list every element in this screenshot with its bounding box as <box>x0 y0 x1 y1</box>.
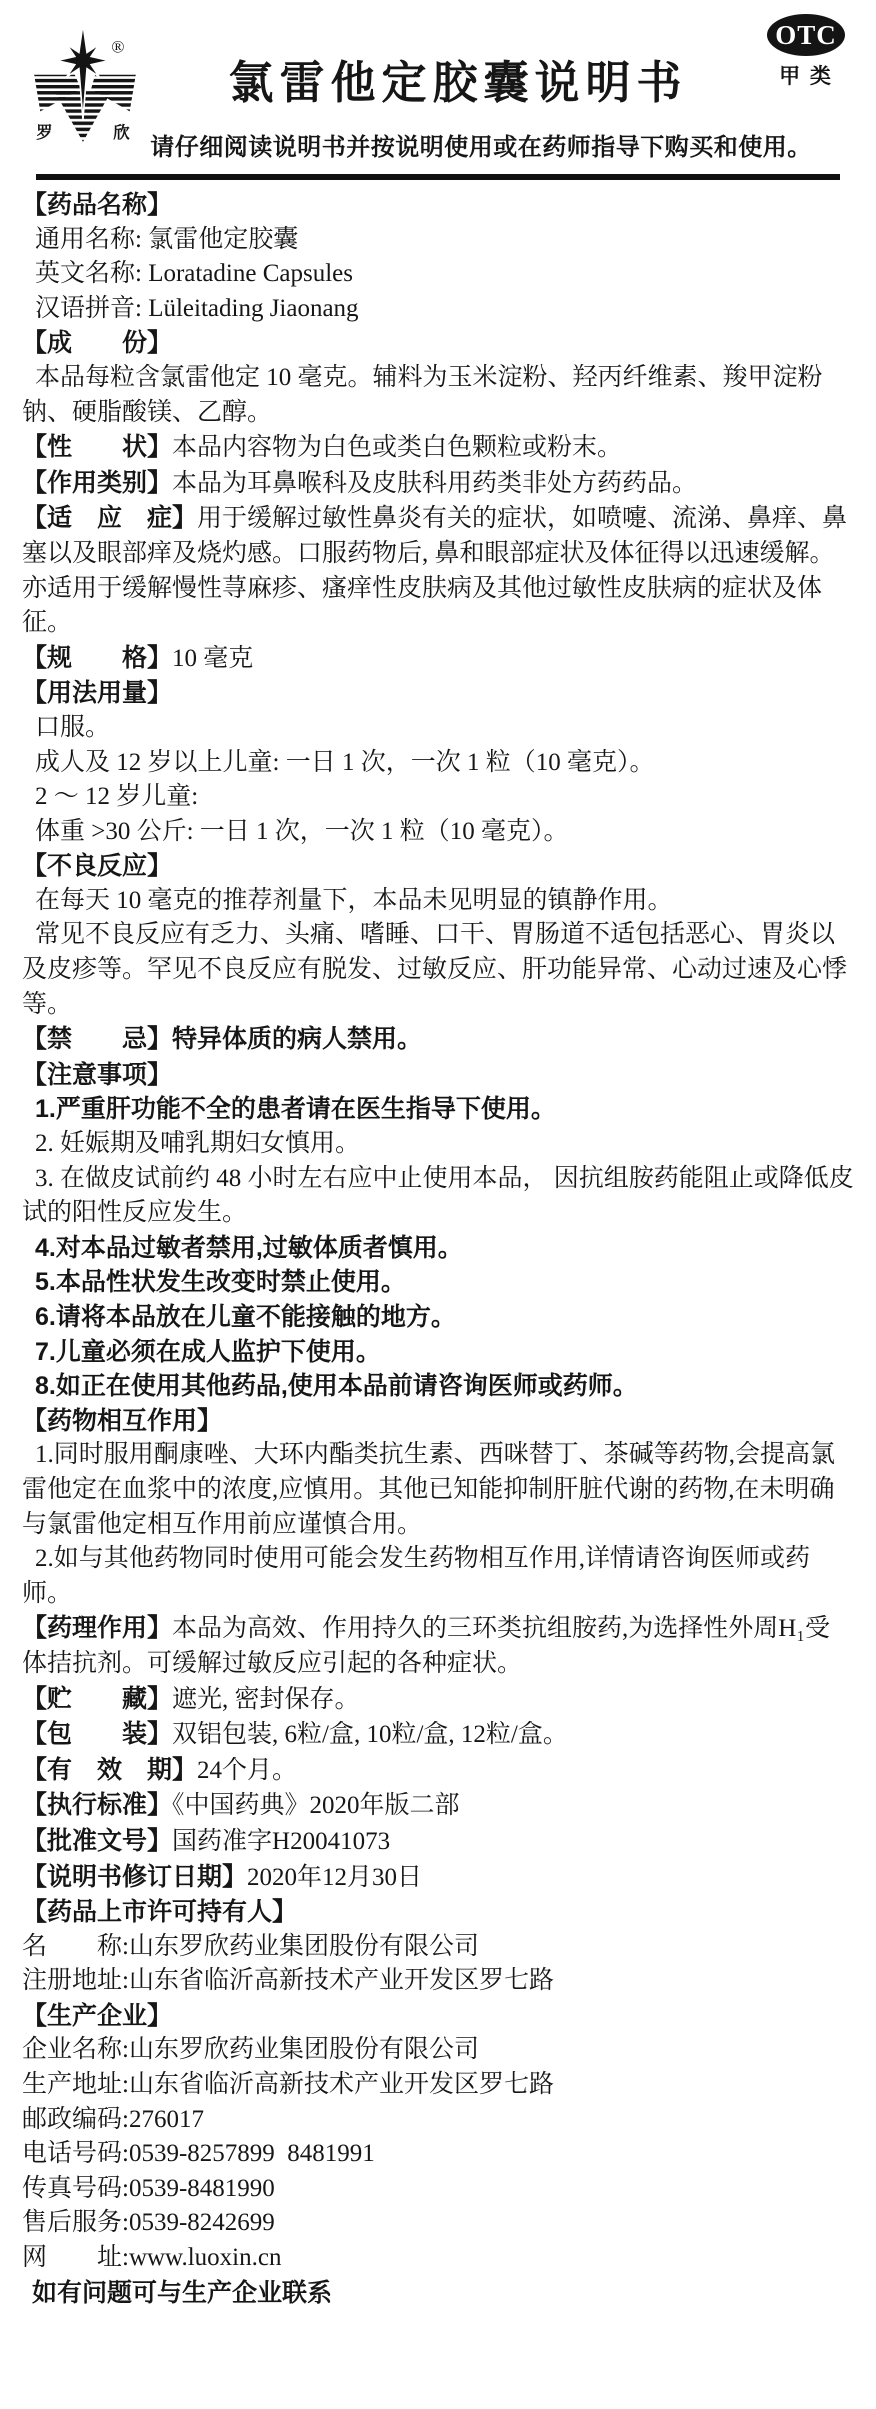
dosage-route: 口服。 <box>22 711 854 746</box>
storage-text: 遮光, 密封保存。 <box>172 1686 360 1713</box>
registered-mark: ® <box>111 37 124 56</box>
otc-badge-label: OTC <box>767 14 845 56</box>
logo-char-right: 欣 <box>113 123 130 142</box>
heading-manufacturer: 【生产企业】 <box>22 1999 854 2034</box>
label-action-class: 【作用类别】 <box>22 469 172 497</box>
adverse-p1: 在每天 10 毫克的推荐剂量下，本品未见明显的镇静作用。 <box>22 884 854 919</box>
action-class-text: 本品为耳鼻喉科及皮肤科用药类非处方药药品。 <box>172 470 697 497</box>
heading-precautions: 【注意事项】 <box>22 1058 854 1093</box>
character-line: 【性 状】本品内容物为白色或类白色颗粒或粉末。 <box>22 430 854 466</box>
otc-badge: OTC 甲 类 <box>760 14 852 90</box>
manufacturer-address: 生产地址:山东省临沂高新技术产业开发区罗七路 <box>22 2068 854 2103</box>
label-storage: 【贮 藏】 <box>22 1685 172 1713</box>
generic-name-line: 通用名称: 氯雷他定胶囊 <box>22 223 854 258</box>
validity-line: 【有 效 期】24个月。 <box>22 1753 854 1789</box>
pinyin-name-line: 汉语拼音: Lüleitading Jiaonang <box>22 292 854 327</box>
holder-name: 名 称:山东罗欣药业集团股份有限公司 <box>22 1930 854 1965</box>
contact-footer-note: 如有问题可与生产企业联系 <box>32 2276 854 2311</box>
precaution-item: 2. 妊娠期及哺乳期妇女慎用。 <box>22 1127 854 1162</box>
heading-adverse: 【不良反应】 <box>22 849 854 884</box>
precaution-item: 1.严重肝功能不全的患者请在医生指导下使用。 <box>22 1092 854 1127</box>
heading-drug-name: 【药品名称】 <box>22 188 854 223</box>
storage-line: 【贮 藏】遮光, 密封保存。 <box>22 1682 854 1718</box>
label-indications: 【适 应 症】 <box>22 504 197 532</box>
header: ® 罗 欣 OTC 甲 类 氯雷他定胶囊说明书 请仔细阅读说明书并按说明使用或在… <box>0 0 876 180</box>
luoxin-star-logo-icon: ® 罗 欣 <box>30 24 142 150</box>
adverse-p2: 常见不良反应有乏力、头痛、嗜睡、口干、胃肠道不适包括恶心、胃炎以及皮疹等。罕见不… <box>22 918 854 1022</box>
heading-interactions: 【药物相互作用】 <box>22 1404 854 1439</box>
character-text: 本品内容物为白色或类白色颗粒或粉末。 <box>172 434 622 461</box>
strength-text: 10 毫克 <box>172 645 253 672</box>
standard-line: 【执行标准】《中国药典》2020年版二部 <box>22 1788 854 1824</box>
contraindication-text: 特异体质的病人禁用。 <box>172 1025 422 1053</box>
action-class-line: 【作用类别】本品为耳鼻喉科及皮肤科用药类非处方药药品。 <box>22 466 854 502</box>
strength-line: 【规 格】10 毫克 <box>22 641 854 677</box>
heading-dosage: 【用法用量】 <box>22 676 854 711</box>
approval-text: 国药准字H20041073 <box>172 1828 390 1855</box>
composition-text: 本品每粒含氯雷他定 10 毫克。辅料为玉米淀粉、羟丙纤维素、羧甲淀粉钠、硬脂酸镁… <box>22 361 854 430</box>
logo-char-left: 罗 <box>36 123 52 142</box>
validity-text: 24个月。 <box>197 1757 297 1784</box>
manufacturer-tel: 电话号码:0539-8257899 8481991 <box>22 2137 854 2172</box>
package-insert: ® 罗 欣 OTC 甲 类 氯雷他定胶囊说明书 请仔细阅读说明书并按说明使用或在… <box>0 0 876 2409</box>
dosage-children: 2 ～ 12 岁儿童: <box>22 780 854 815</box>
interaction-item: 1.同时服用酮康唑、大环内酯类抗生素、西咪替丁、茶碱等药物,会提高氯雷他定在血浆… <box>22 1438 854 1542</box>
label-pharmacology: 【药理作用】 <box>22 1614 172 1642</box>
label-character: 【性 状】 <box>22 433 172 461</box>
label-revision: 【说明书修订日期】 <box>22 1863 247 1891</box>
heading-holder: 【药品上市许可持有人】 <box>22 1895 854 1930</box>
precaution-item: 3. 在做皮试前约 48 小时左右应中止使用本品， 因抗组胺药能阻止或降低皮试的… <box>22 1162 854 1231</box>
precaution-item: 7.儿童必须在成人监护下使用。 <box>22 1335 854 1370</box>
heading-composition: 【成 份】 <box>22 326 854 361</box>
precaution-item: 4.对本品过敏者禁用,过敏体质者慎用。 <box>22 1231 854 1266</box>
manufacturer-zip: 邮政编码:276017 <box>22 2103 854 2138</box>
luoxin-logo: ® 罗 欣 <box>30 24 142 150</box>
manufacturer-web: 网 址:www.luoxin.cn <box>22 2241 854 2276</box>
approval-line: 【批准文号】国药准字H20041073 <box>22 1824 854 1860</box>
english-name-line: 英文名称: Loratadine Capsules <box>22 257 854 292</box>
manufacturer-name: 企业名称:山东罗欣药业集团股份有限公司 <box>22 2033 854 2068</box>
precaution-item: 5.本品性状发生改变时禁止使用。 <box>22 1265 854 1300</box>
revision-line: 【说明书修订日期】2020年12月30日 <box>22 1860 854 1896</box>
dosage-adult: 成人及 12 岁以上儿童: 一日 1 次，一次 1 粒（10 毫克）。 <box>22 746 854 781</box>
insert-body: 【药品名称】 通用名称: 氯雷他定胶囊 英文名称: Loratadine Cap… <box>0 180 876 2310</box>
standard-text: 《中国药典》2020年版二部 <box>172 1792 460 1819</box>
manufacturer-fax: 传真号码:0539-8481990 <box>22 2172 854 2207</box>
packaging-text: 双铝包装, 6粒/盒, 10粒/盒, 12粒/盒。 <box>172 1721 568 1748</box>
holder-address: 注册地址:山东省临沂高新技术产业开发区罗七路 <box>22 1964 854 1999</box>
packaging-line: 【包 装】双铝包装, 6粒/盒, 10粒/盒, 12粒/盒。 <box>22 1717 854 1753</box>
indications-line: 【适 应 症】用于缓解过敏性鼻炎有关的症状，如喷嚏、流涕、鼻痒、鼻塞以及眼部痒及… <box>22 501 854 640</box>
contraindication-line: 【禁 忌】特异体质的病人禁用。 <box>22 1022 854 1058</box>
label-contraindication: 【禁 忌】 <box>22 1025 172 1053</box>
otc-category-label: 甲 类 <box>760 60 852 90</box>
interaction-item: 2.如与其他药物同时使用可能会发生药物相互作用,详情请咨询医师或药师。 <box>22 1542 854 1611</box>
pharmacology-line: 【药理作用】本品为高效、作用持久的三环类抗组胺药,为选择性外周H₁受体拮抗剂。可… <box>22 1611 854 1681</box>
revision-text: 2020年12月30日 <box>247 1864 422 1891</box>
divider-rule <box>36 174 840 180</box>
label-packaging: 【包 装】 <box>22 1720 172 1748</box>
manufacturer-service: 售后服务:0539-8242699 <box>22 2206 854 2241</box>
precaution-item: 6.请将本品放在儿童不能接触的地方。 <box>22 1300 854 1335</box>
label-validity: 【有 效 期】 <box>22 1756 197 1784</box>
precaution-item: 8.如正在使用其他药品,使用本品前请咨询医师或药师。 <box>22 1369 854 1404</box>
label-standard: 【执行标准】 <box>22 1791 172 1819</box>
label-approval: 【批准文号】 <box>22 1827 172 1855</box>
dosage-weight: 体重 >30 公斤: 一日 1 次，一次 1 粒（10 毫克）。 <box>22 815 854 850</box>
label-strength: 【规 格】 <box>22 644 172 672</box>
